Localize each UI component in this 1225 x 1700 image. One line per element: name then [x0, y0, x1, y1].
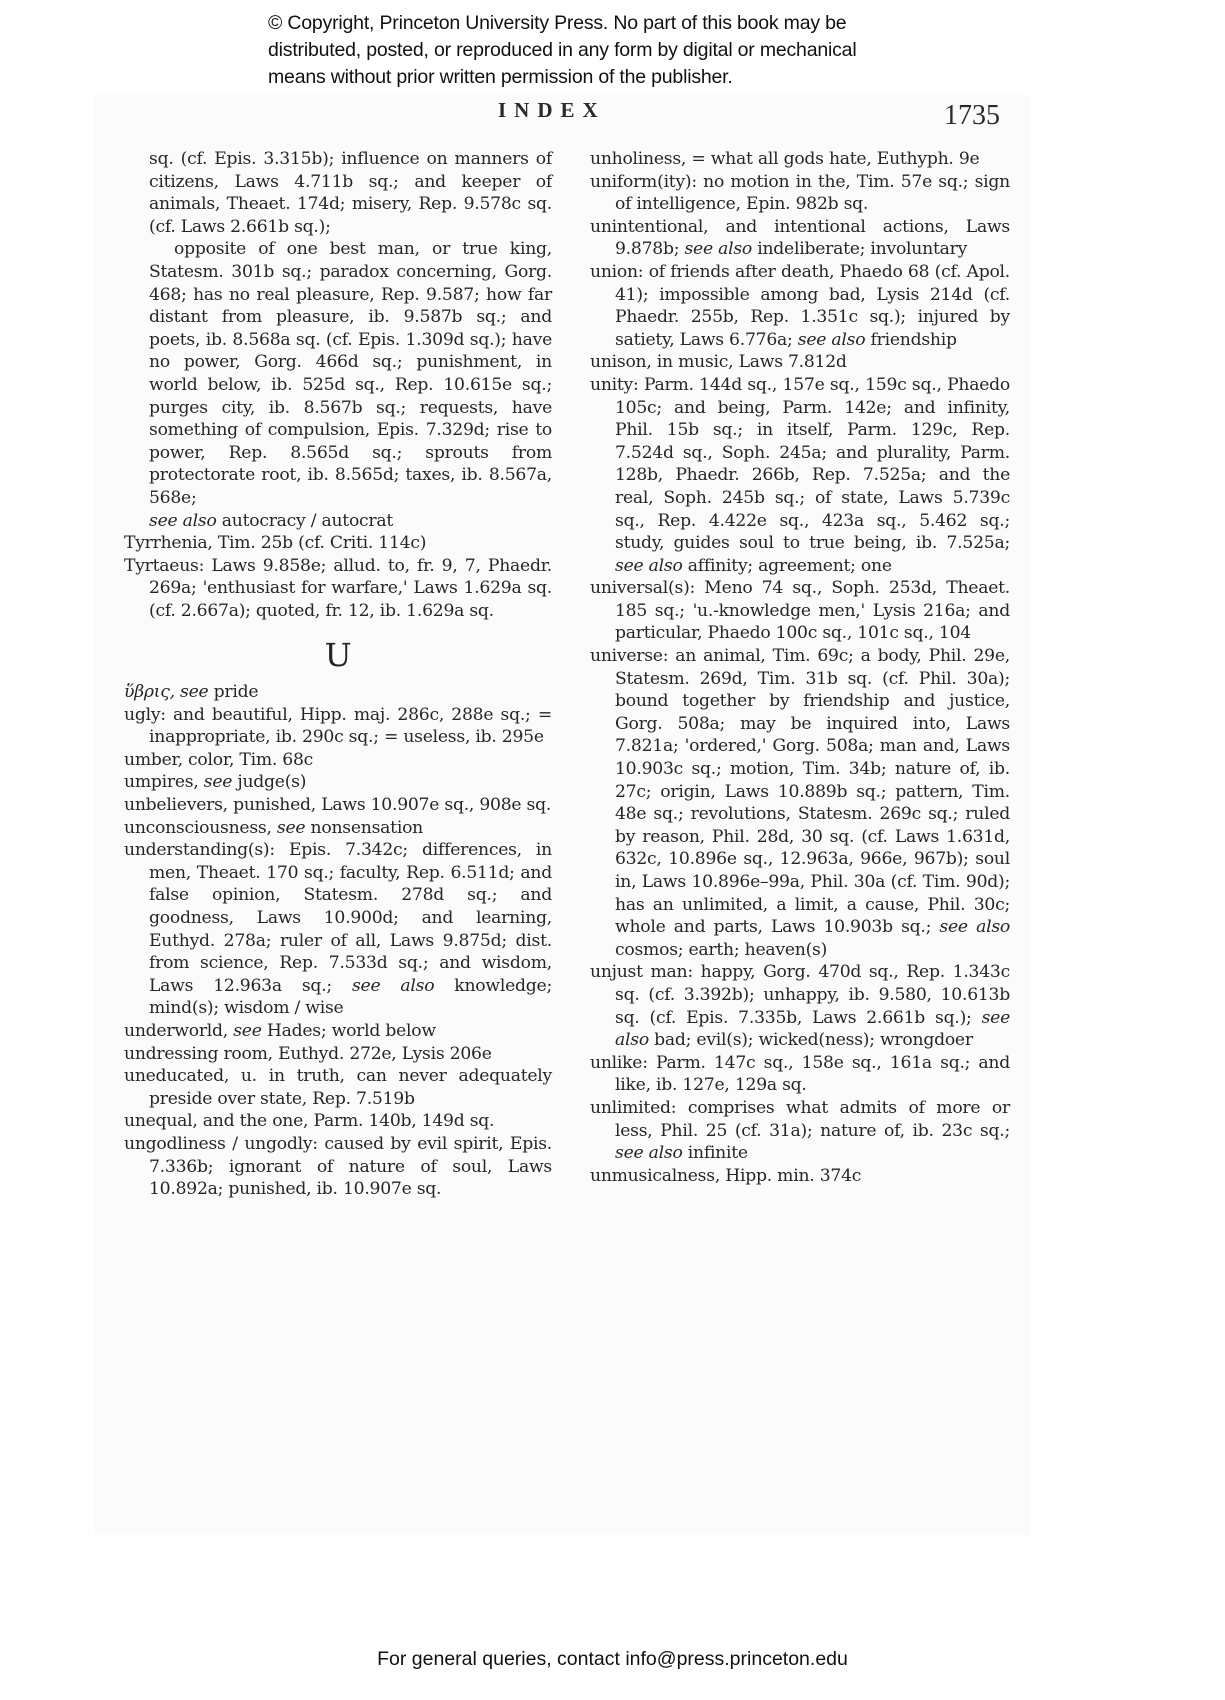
see-also-label: see also — [939, 917, 1010, 937]
copyright-line: means without prior written permission o… — [268, 64, 968, 91]
see-also-label: see also — [684, 239, 752, 259]
see-also-target: bad; evil(s); wicked(ness); wrongdoer — [649, 1030, 973, 1050]
index-entry: understanding(s): Epis. 7.342c; differen… — [124, 839, 552, 1020]
entry-headword: umpires, — [124, 772, 204, 792]
entry-text: unlike: Parm. 147c sq., 158e sq., 161a s… — [590, 1053, 1010, 1096]
footer-contact: For general queries, contact info@press.… — [0, 1648, 1225, 1671]
see-also-target: friendship — [865, 330, 956, 350]
entry-text: uniform(ity): no motion in the, Tim. 57e… — [590, 172, 1010, 215]
copyright-line: © Copyright, Princeton University Press.… — [268, 10, 968, 37]
see-also-target: infinite — [683, 1143, 748, 1163]
index-entry: undressing room, Euthyd. 272e, Lysis 206… — [124, 1043, 552, 1066]
index-entry: unjust man: happy, Gorg. 470d sq., Rep. … — [590, 961, 1010, 1051]
entry-text: unity: Parm. 144d sq., 157e sq., 159c sq… — [590, 375, 1010, 553]
see-also-label: see also — [798, 330, 866, 350]
entry-text: umber, color, Tim. 68c — [124, 750, 313, 770]
copyright-line: distributed, posted, or reproduced in an… — [268, 37, 968, 64]
entry-text: universe: an animal, Tim. 69c; a body, P… — [590, 646, 1010, 937]
see-also-label: see also — [352, 976, 434, 996]
index-column-right: unholiness, = what all gods hate, Euthyp… — [590, 148, 1010, 1187]
see-also-label: see also — [615, 1143, 683, 1163]
see-also-label: see also — [615, 556, 683, 576]
entry-headword: underworld, — [124, 1021, 233, 1041]
index-entry: ὕβρις, see pride — [124, 681, 552, 704]
index-entry: unlike: Parm. 147c sq., 158e sq., 161a s… — [590, 1052, 1010, 1097]
entry-text: Tyrtaeus: Laws 9.858e; allud. to, fr. 9,… — [124, 556, 552, 621]
index-entry: unequal, and the one, Parm. 140b, 149d s… — [124, 1110, 552, 1133]
entry-text: unjust man: happy, Gorg. 470d sq., Rep. … — [590, 962, 1010, 1027]
see-label: see — [277, 818, 305, 838]
see-also-target: autocracy / autocrat — [217, 511, 394, 531]
entry-text: unlimited: comprises what admits of more… — [590, 1098, 1010, 1141]
continued-entry-text: sq. (cf. Epis. 3.315b); influence on man… — [124, 148, 552, 238]
index-entry: Tyrrhenia, Tim. 25b (cf. Criti. 114c) — [124, 532, 552, 555]
page-number: 1735 — [944, 100, 1000, 132]
entry-text: unison, in music, Laws 7.812d — [590, 352, 847, 372]
entry-text: Tyrrhenia, Tim. 25b (cf. Criti. 114c) — [124, 533, 426, 553]
t-entries: Tyrrhenia, Tim. 25b (cf. Criti. 114c)Tyr… — [124, 532, 552, 622]
index-entry: unity: Parm. 144d sq., 157e sq., 159c sq… — [590, 374, 1010, 577]
entry-text: Hades; world below — [262, 1021, 436, 1041]
u-entries-continued: unholiness, = what all gods hate, Euthyp… — [590, 148, 1010, 1187]
index-entry: umber, color, Tim. 68c — [124, 749, 552, 772]
see-also-target: cosmos; earth; heaven(s) — [615, 940, 827, 960]
index-entry: underworld, see Hades; world below — [124, 1020, 552, 1043]
index-entry: ungodliness / ungodly: caused by evil sp… — [124, 1133, 552, 1201]
index-entry: unmusicalness, Hipp. min. 374c — [590, 1165, 1010, 1188]
entry-text: understanding(s): Epis. 7.342c; differen… — [124, 840, 552, 996]
index-entry: ugly: and beautiful, Hipp. maj. 286c, 28… — [124, 704, 552, 749]
u-entries: ὕβρις, see prideugly: and beautiful, Hip… — [124, 681, 552, 1201]
section-letter-heading: U — [124, 644, 552, 667]
copyright-notice: © Copyright, Princeton University Press.… — [268, 10, 968, 91]
entry-headword: ὕβρις, — [124, 682, 180, 702]
see-also-target: affinity; agreement; one — [683, 556, 892, 576]
index-entry: uniform(ity): no motion in the, Tim. 57e… — [590, 171, 1010, 216]
see-also-label: see also — [149, 511, 217, 531]
running-head: INDEX — [498, 98, 606, 123]
entry-text: uneducated, u. in truth, can never adequ… — [124, 1066, 552, 1109]
index-entry: unison, in music, Laws 7.812d — [590, 351, 1010, 374]
entry-text: unequal, and the one, Parm. 140b, 149d s… — [124, 1111, 494, 1131]
see-label: see — [233, 1021, 261, 1041]
index-entry: unholiness, = what all gods hate, Euthyp… — [590, 148, 1010, 171]
index-entry: unconsciousness, see nonsensation — [124, 817, 552, 840]
entry-text: pride — [208, 682, 258, 702]
index-entry: unbelievers, punished, Laws 10.907e sq.,… — [124, 794, 552, 817]
see-label: see — [180, 682, 208, 702]
entry-text: judge(s) — [232, 772, 306, 792]
index-entry: Tyrtaeus: Laws 9.858e; allud. to, fr. 9,… — [124, 555, 552, 623]
index-entry: universe: an animal, Tim. 69c; a body, P… — [590, 645, 1010, 961]
entry-text: ungodliness / ungodly: caused by evil sp… — [124, 1134, 552, 1199]
index-entry: universal(s): Meno 74 sq., Soph. 253d, T… — [590, 577, 1010, 645]
entry-text: nonsensation — [305, 818, 423, 838]
entry-text: unholiness, = what all gods hate, Euthyp… — [590, 149, 979, 169]
continued-entry-text: opposite of one best man, or true king, … — [149, 239, 552, 508]
index-entry: uneducated, u. in truth, can never adequ… — [124, 1065, 552, 1110]
index-column-left: sq. (cf. Epis. 3.315b); influence on man… — [124, 148, 552, 1201]
entry-headword: unconsciousness, — [124, 818, 277, 838]
see-also-target: indeliberate; involuntary — [752, 239, 967, 259]
continued-entry-paragraph: opposite of one best man, or true king, … — [124, 238, 552, 532]
see-label: see — [204, 772, 232, 792]
entry-text: unbelievers, punished, Laws 10.907e sq.,… — [124, 795, 551, 815]
index-entry: umpires, see judge(s) — [124, 771, 552, 794]
entry-text: undressing room, Euthyd. 272e, Lysis 206… — [124, 1044, 492, 1064]
index-entry: unintentional, and intentional actions, … — [590, 216, 1010, 261]
index-entry: union: of friends after death, Phaedo 68… — [590, 261, 1010, 351]
entry-text: universal(s): Meno 74 sq., Soph. 253d, T… — [590, 578, 1010, 643]
entry-text: ugly: and beautiful, Hipp. maj. 286c, 28… — [124, 705, 552, 748]
entry-text: unmusicalness, Hipp. min. 374c — [590, 1166, 861, 1186]
index-entry: unlimited: comprises what admits of more… — [590, 1097, 1010, 1165]
